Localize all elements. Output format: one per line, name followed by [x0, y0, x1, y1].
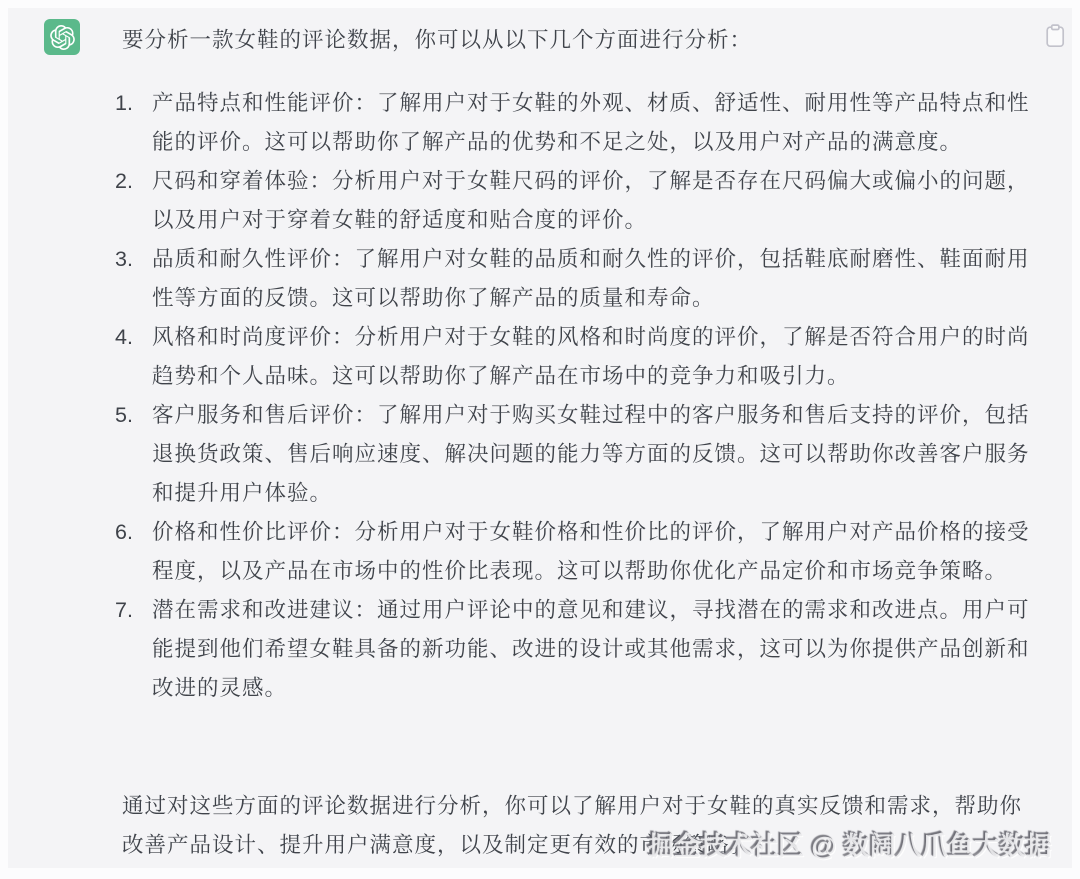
- copy-button[interactable]: [1044, 25, 1066, 51]
- list-item: 2. 尺码和穿着体验：分析用户对于女鞋尺码的评价，了解是否存在尺码偏大或偏小的问…: [115, 162, 1045, 240]
- list-item-number: 1.: [115, 84, 152, 123]
- list-item-text: 尺码和穿着体验：分析用户对于女鞋尺码的评价，了解是否存在尺码偏大或偏小的问题，以…: [152, 162, 1038, 240]
- message-intro-text: 要分析一款女鞋的评论数据，你可以从以下几个方面进行分析：: [122, 21, 1022, 60]
- list-item-text: 潜在需求和改进建议：通过用户评论中的意见和建议，寻找潜在的需求和改进点。用户可能…: [152, 591, 1038, 708]
- list-item-number: 6.: [115, 513, 152, 552]
- list-item: 3. 品质和耐久性评价：了解用户对女鞋的品质和耐久性的评价，包括鞋底耐磨性、鞋面…: [115, 240, 1045, 318]
- list-item-text: 客户服务和售后评价：了解用户对于购买女鞋过程中的客户服务和售后支持的评价，包括退…: [152, 396, 1038, 513]
- list-item-number: 5.: [115, 396, 152, 435]
- assistant-avatar: [44, 19, 80, 55]
- list-item-text: 品质和耐久性评价：了解用户对女鞋的品质和耐久性的评价，包括鞋底耐磨性、鞋面耐用性…: [152, 240, 1038, 318]
- assistant-message: 要分析一款女鞋的评论数据，你可以从以下几个方面进行分析： 1. 产品特点和性能评…: [8, 8, 1072, 868]
- list-item: 7. 潜在需求和改进建议：通过用户评论中的意见和建议，寻找潜在的需求和改进点。用…: [115, 591, 1045, 708]
- openai-logo-icon: [50, 25, 75, 50]
- list-item-number: 4.: [115, 318, 152, 357]
- analysis-list: 1. 产品特点和性能评价：了解用户对于女鞋的外观、材质、舒适性、耐用性等产品特点…: [115, 84, 1045, 708]
- clipboard-icon: [1046, 24, 1065, 53]
- list-item-text: 产品特点和性能评价：了解用户对于女鞋的外观、材质、舒适性、耐用性等产品特点和性能…: [152, 84, 1038, 162]
- chat-response-screenshot: 要分析一款女鞋的评论数据，你可以从以下几个方面进行分析： 1. 产品特点和性能评…: [0, 0, 1080, 879]
- message-conclusion-text: 通过对这些方面的评论数据进行分析，你可以了解用户对于女鞋的真实反馈和需求，帮助你…: [122, 787, 1036, 865]
- list-item-text: 价格和性价比评价：分析用户对于女鞋价格和性价比的评价，了解用户对产品价格的接受程…: [152, 513, 1038, 591]
- list-item: 1. 产品特点和性能评价：了解用户对于女鞋的外观、材质、舒适性、耐用性等产品特点…: [115, 84, 1045, 162]
- list-item: 5. 客户服务和售后评价：了解用户对于购买女鞋过程中的客户服务和售后支持的评价，…: [115, 396, 1045, 513]
- list-item-text: 风格和时尚度评价：分析用户对于女鞋的风格和时尚度的评价，了解是否符合用户的时尚趋…: [152, 318, 1038, 396]
- list-item-number: 3.: [115, 240, 152, 279]
- list-item: 6. 价格和性价比评价：分析用户对于女鞋价格和性价比的评价，了解用户对产品价格的…: [115, 513, 1045, 591]
- list-item-number: 7.: [115, 591, 152, 630]
- list-item: 4. 风格和时尚度评价：分析用户对于女鞋的风格和时尚度的评价，了解是否符合用户的…: [115, 318, 1045, 396]
- list-item-number: 2.: [115, 162, 152, 201]
